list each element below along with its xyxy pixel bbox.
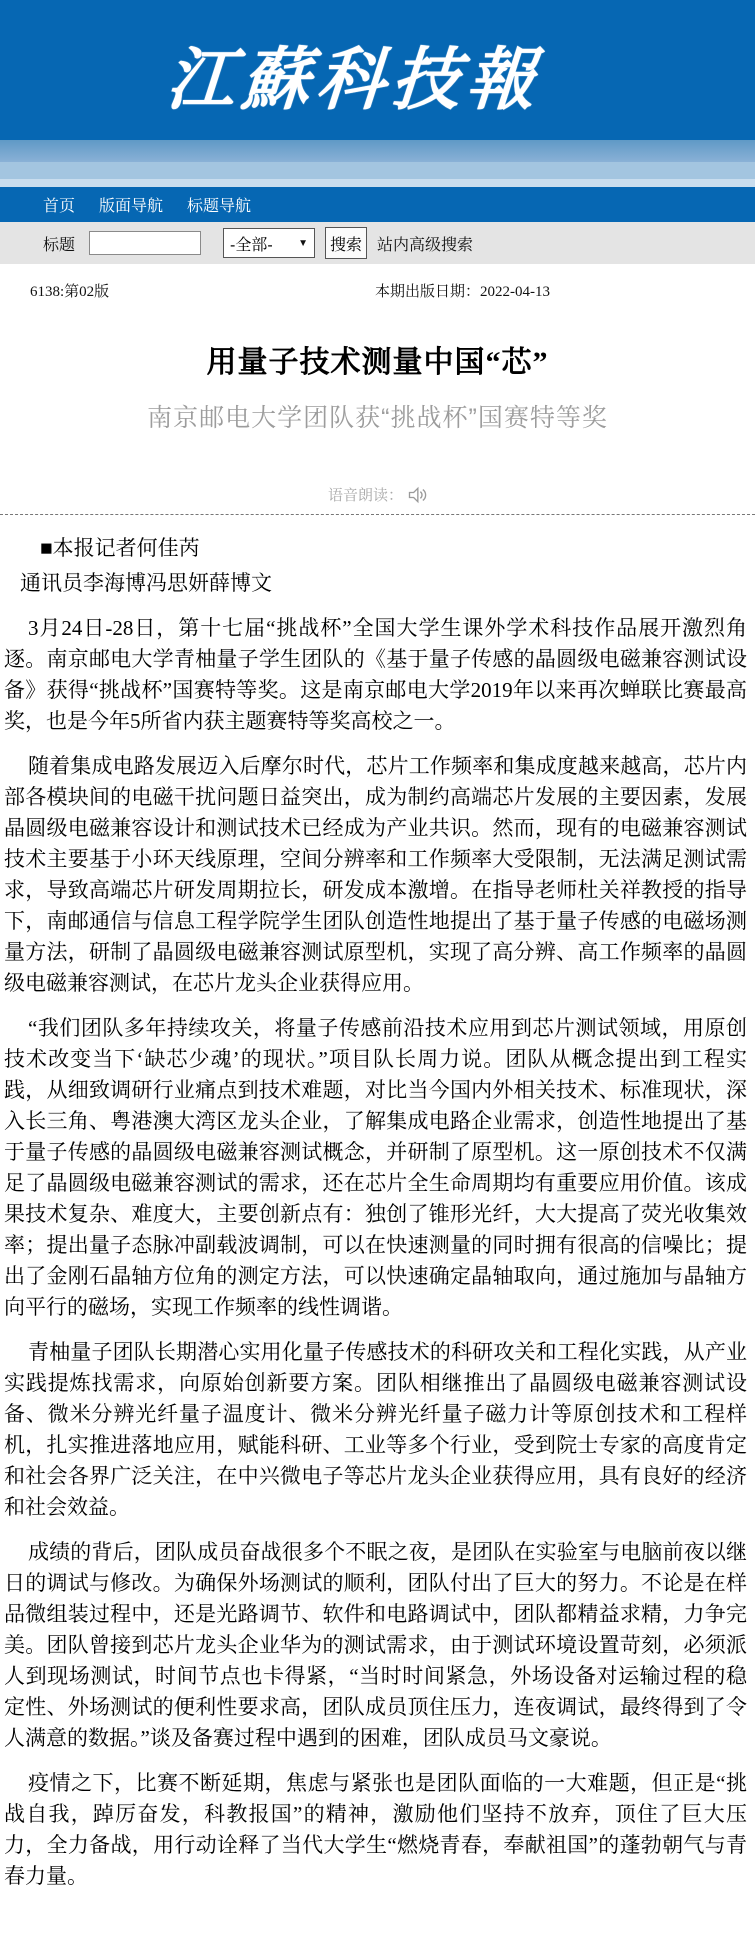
search-title-label: 标题 (43, 232, 75, 255)
edition-label[interactable]: 6138:第02版 (30, 280, 375, 301)
newspaper-logo: 江蘇科技報 (0, 0, 755, 123)
speaker-icon (407, 486, 427, 504)
search-input[interactable] (89, 231, 201, 255)
category-select-value: -全部- (230, 232, 273, 255)
article-paragraph-2: 随着集成电路发展迈入后摩尔时代，芯片工作频率和集成度越来越高，芯片内部各模块间的… (4, 751, 747, 999)
reporter-byline: ■本报记者何佳芮 (4, 533, 747, 564)
banner-gradient-bands (0, 140, 755, 187)
search-button[interactable]: 搜索 (325, 227, 367, 259)
nav-item-home[interactable]: 首页 (43, 193, 75, 216)
article: 用量子技术测量中国“芯” 南京邮电大学团队获“挑战杯”国赛特等奖 语音朗读： ■… (0, 337, 755, 1946)
article-paragraph-4: 青柚量子团队长期潜心实用化量子传感技术的科研攻关和工程化实践，从产业实践提炼找需… (4, 1337, 747, 1523)
article-paragraph-6: 疫情之下，比赛不断延期，焦虑与紧张也是团队面临的一大难题，但正是“挑战自我，踔厉… (4, 1768, 747, 1892)
issue-info-row: 6138:第02版 本期出版日期：2022-04-13 (0, 280, 755, 301)
gradient-band-2 (0, 162, 755, 179)
article-title: 用量子技术测量中国“芯” (0, 337, 755, 381)
article-paragraph-5: 成绩的背后，团队成员奋战很多个不眠之夜，是团队在实验室与电脑前夜以继日的调试与修… (4, 1537, 747, 1754)
nav-item-title-navigation[interactable]: 标题导航 (187, 193, 251, 216)
search-bar: 标题 -全部- ▼ 搜索 站内高级搜索 (0, 222, 755, 264)
article-paragraph-1: 3月24日-28日，第十七届“挑战杯”全国大学生课外学术科技作品展开激烈角逐。南… (4, 613, 747, 737)
chevron-down-icon: ▼ (298, 238, 308, 249)
advanced-search-link[interactable]: 站内高级搜索 (377, 232, 473, 255)
article-paragraph-3: “我们团队多年持续攻关，将量子传感前沿技术应用到芯片测试领域，用原创技术改变当下… (4, 1013, 747, 1323)
correspondent-byline: 通讯员李海博冯思妍薛博文 (4, 568, 747, 599)
masthead-banner: 江蘇科技報 (0, 0, 755, 140)
article-body: ■本报记者何佳芮 通讯员李海博冯思妍薛博文 3月24日-28日，第十七届“挑战杯… (0, 515, 755, 1946)
main-nav: 首页 版面导航 标题导航 (0, 187, 755, 222)
nav-item-page-navigation[interactable]: 版面导航 (99, 193, 163, 216)
gradient-band-1 (0, 140, 755, 162)
article-subtitle: 南京邮电大学团队获“挑战杯”国赛特等奖 (0, 398, 755, 434)
voice-reader-button[interactable]: 语音朗读： (0, 484, 755, 505)
publish-date-label: 本期出版日期：2022-04-13 (375, 280, 550, 301)
category-select[interactable]: -全部- ▼ (223, 228, 315, 258)
page: 江蘇科技報 首页 版面导航 标题导航 标题 -全部- ▼ 搜索 站内高级搜索 6… (0, 0, 755, 1946)
gradient-band-3 (0, 179, 755, 187)
voice-reader-label: 语音朗读： (328, 484, 403, 505)
